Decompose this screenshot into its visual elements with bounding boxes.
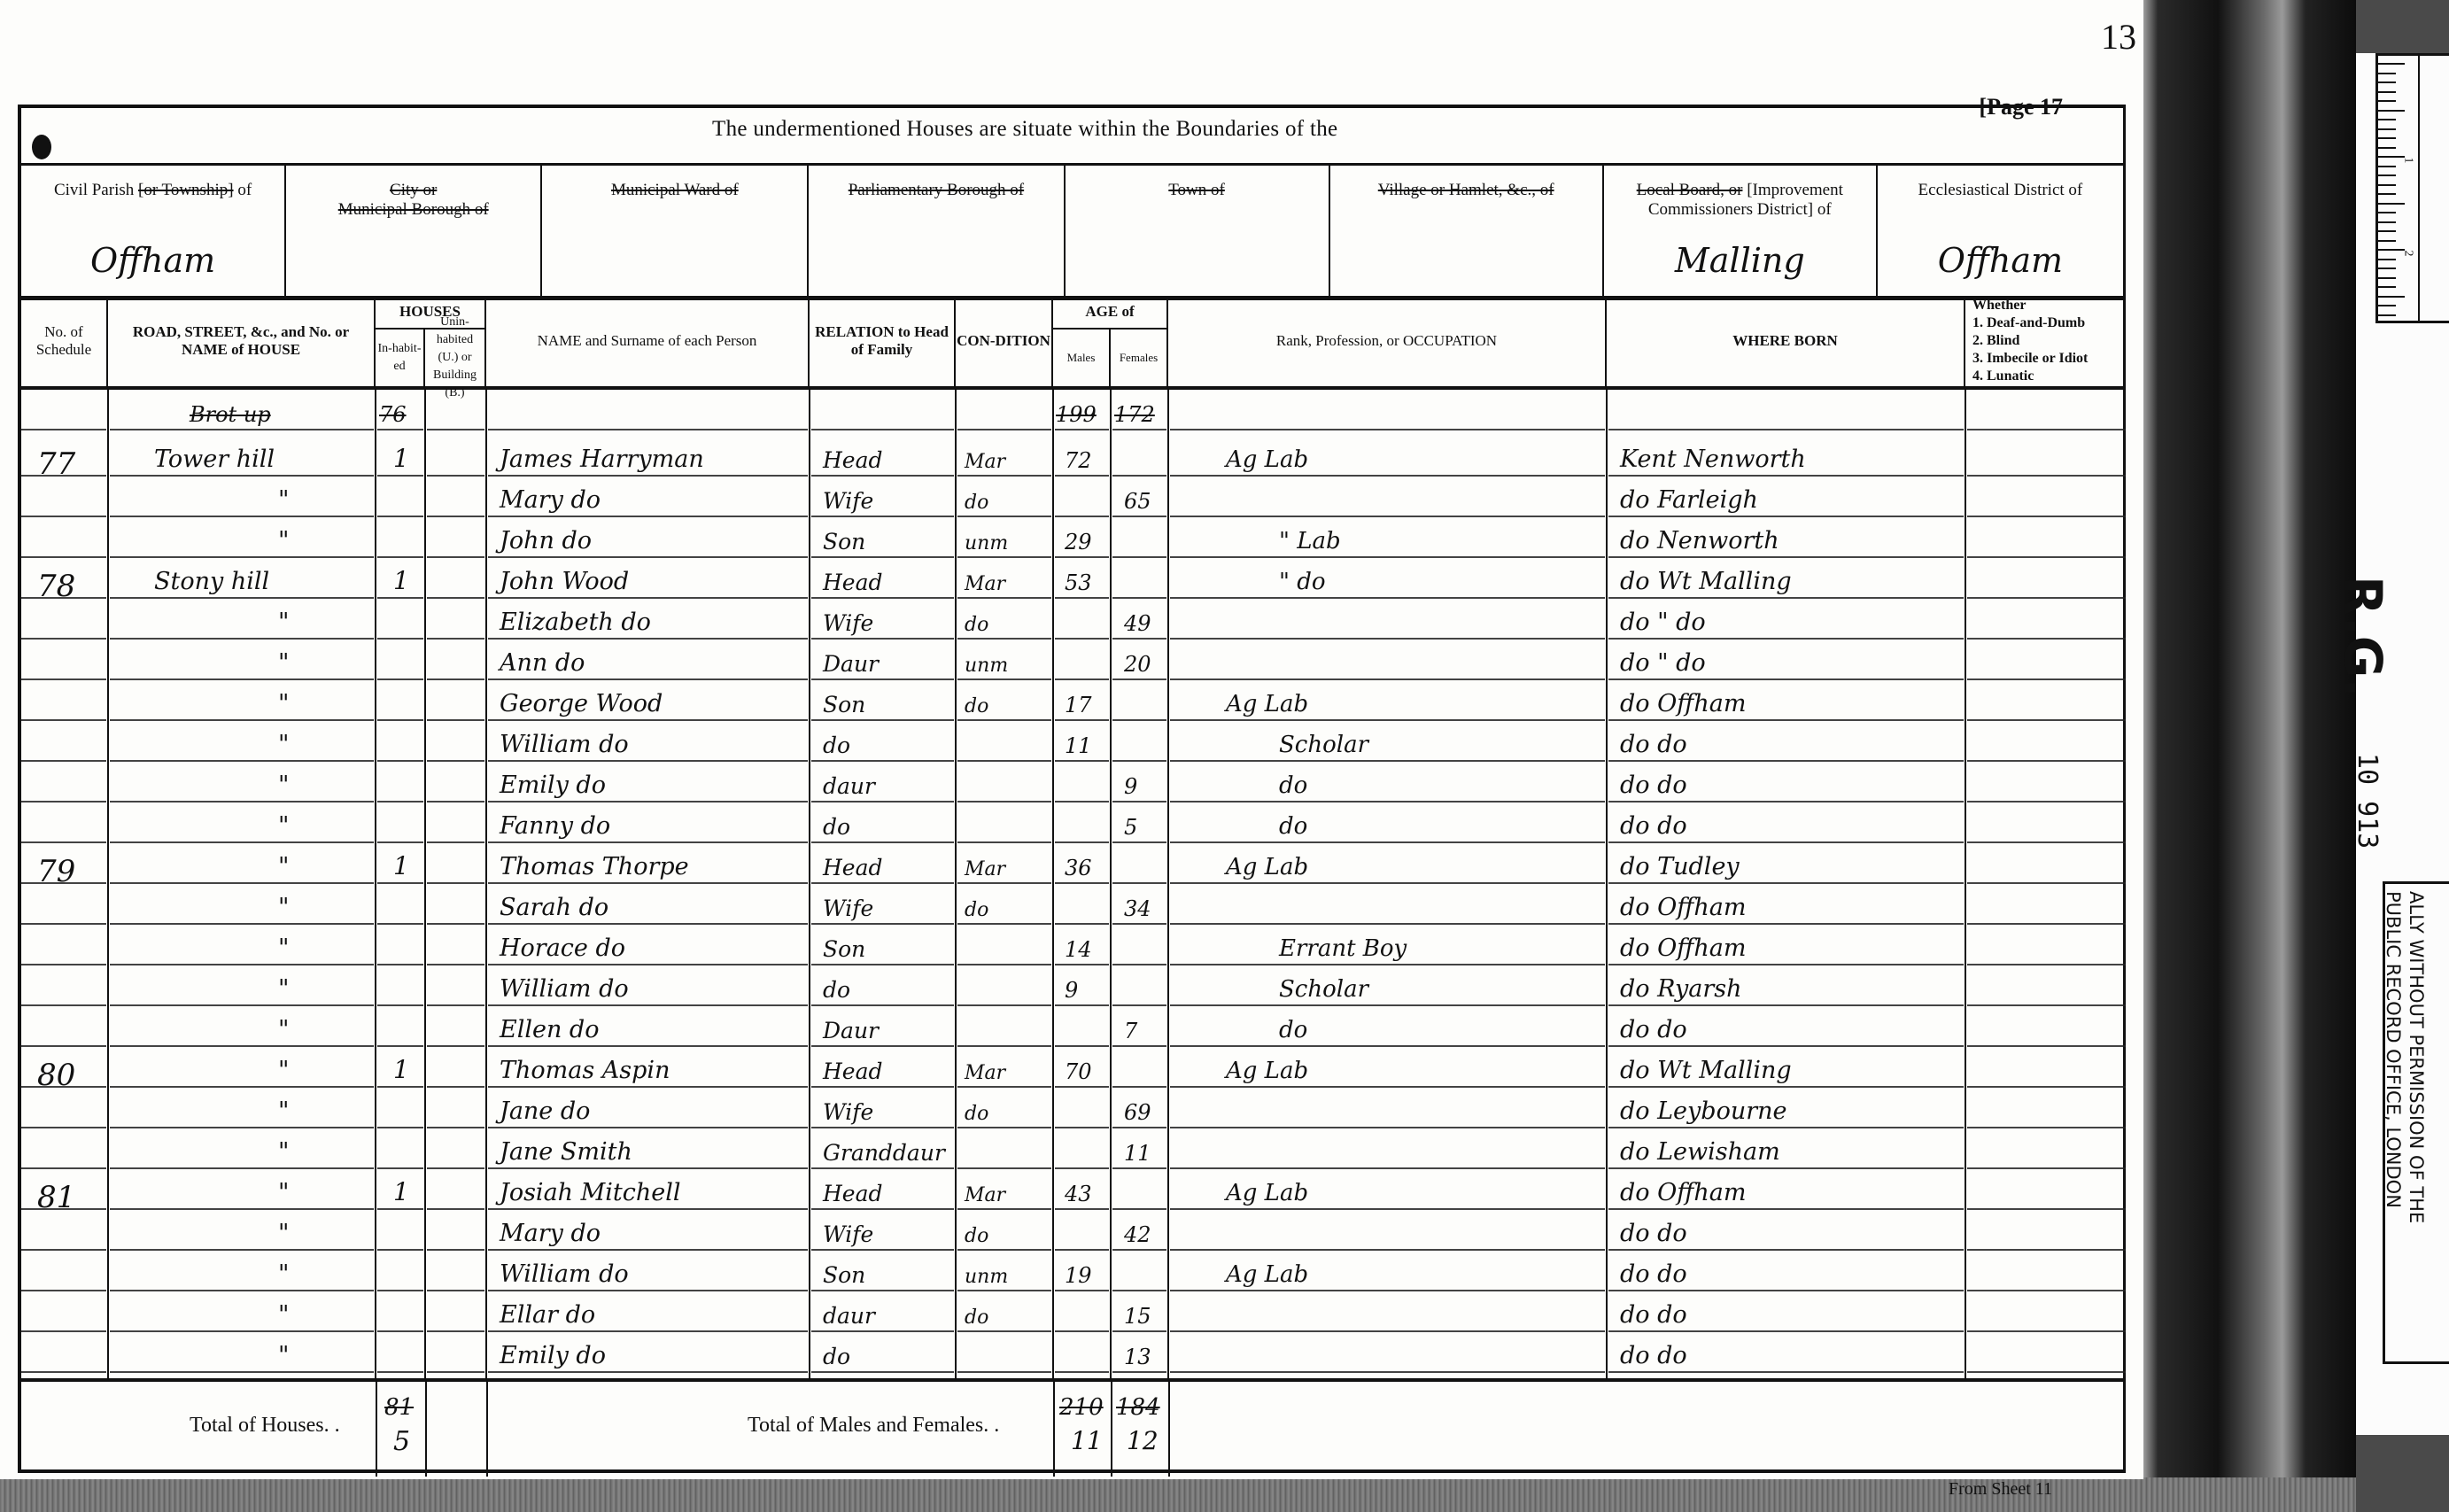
total-houses-value: 5 [393, 1426, 410, 1457]
cell-males: 29 [1065, 530, 1092, 554]
cell-females: 49 [1124, 611, 1151, 636]
district-label: Village or Hamlet, &c., of [1330, 181, 1602, 200]
cell-condition: do [965, 695, 988, 717]
cell-road: " [278, 527, 289, 554]
cell-relation: Daur [823, 651, 879, 677]
household-row: "William dodo9Scholardo Ryarsh [21, 965, 2123, 1006]
cell-born: do do [1620, 812, 1687, 840]
cell-name: Josiah Mitchell [500, 1179, 681, 1206]
cell-relation: Wife [823, 488, 873, 514]
column-header-females: Females [1111, 330, 1168, 386]
cell-occupation: Scholar [1279, 732, 1368, 758]
ruler-tick [2378, 212, 2396, 213]
ruled-line [957, 429, 1051, 430]
column-header-relation: RELATION to Head of Family [810, 296, 956, 386]
scale-ruler: 12 [2375, 53, 2449, 323]
column-header-born: WHERE BORN [1607, 296, 1965, 386]
cell-inhabited: 1 [393, 444, 409, 473]
household-row: "Jane SmithGranddaur11do Lewisham [21, 1128, 2123, 1169]
cell-born: do do [1620, 1301, 1687, 1329]
ruled-line [1055, 429, 1109, 430]
ruled-line [21, 429, 106, 430]
cell-born: do Ryarsh [1620, 975, 1741, 1003]
cell-road: " [278, 853, 289, 880]
cell-relation: Son [823, 1262, 865, 1288]
cell-inhabited: 1 [393, 566, 409, 595]
cell-occupation: Ag Lab [1226, 1058, 1308, 1084]
ruled-line [488, 1371, 808, 1373]
cell-relation: do [823, 814, 850, 840]
cell-inhabited: 1 [393, 1055, 409, 1084]
cell-road: " [278, 486, 289, 514]
household-row: "William doSonunm19Ag Labdo do [21, 1251, 2123, 1291]
copyright-notice: ALLY WITHOUT PERMISSION OF THEPUBLIC REC… [2383, 881, 2449, 1364]
cell-condition: do [965, 492, 988, 514]
cell-born: Kent Nenworth [1620, 446, 1806, 473]
cell-females: 69 [1124, 1100, 1151, 1125]
ruled-line [1170, 429, 1605, 430]
household-row: "Sarah doWifedo34do Offham [21, 884, 2123, 925]
column-group-header: AGE of [1053, 296, 1168, 330]
cell-occupation: Ag Lab [1226, 1261, 1308, 1288]
brought-up-row: Brot up76199172 [21, 395, 2123, 430]
household-row: "Mary doWifedo42do do [21, 1210, 2123, 1251]
ruled-line [427, 429, 484, 430]
cell-occupation: Ag Lab [1226, 446, 1308, 473]
district-value: Offham [21, 241, 284, 280]
divider [1111, 1382, 1112, 1477]
cell-road: Stony hill [154, 568, 269, 595]
ruler-inner-border [2418, 56, 2420, 321]
cell-road: " [278, 690, 289, 717]
divider [1168, 1382, 1170, 1477]
divider [376, 1382, 377, 1477]
cell-condition: unm [965, 532, 1008, 554]
cell-road: " [278, 1097, 289, 1125]
district-label-part: Local Board, or [1637, 181, 1743, 199]
ruler-mark: 2 [2401, 251, 2415, 257]
household-row: 79"1Thomas ThorpeHeadMar36Ag Labdo Tudle… [21, 843, 2123, 884]
cell-road: " [278, 731, 289, 758]
ruler-mark: 1 [2401, 158, 2415, 164]
divider [486, 1382, 488, 1477]
cell-relation: daur [823, 1303, 875, 1329]
ruled-line [1170, 1371, 1605, 1373]
cell-relation: Son [823, 936, 865, 962]
district-label-part: Town of [1168, 181, 1225, 199]
cell-name: Ellen do [500, 1016, 599, 1043]
district-label-part: Village or Hamlet, &c., of [1378, 181, 1554, 199]
column-header-schedule: No. of Schedule [21, 296, 108, 386]
cell-name: Thomas Thorpe [500, 853, 689, 880]
district-label: Municipal Ward of [542, 181, 807, 200]
ruler-tick [2378, 63, 2405, 65]
column-header-name: NAME and Surname of each Person [486, 296, 810, 386]
ruler-tick [2378, 221, 2396, 223]
ruled-line [488, 429, 808, 430]
ruler-tick [2378, 230, 2396, 232]
district-cell: City or Municipal Borough of [286, 163, 542, 296]
from-sheet-note: From Sheet 11 [1949, 1479, 2052, 1500]
cell-males: 14 [1065, 937, 1092, 962]
cell-occupation: Ag Lab [1226, 854, 1308, 880]
cell-name: Jane Smith [500, 1138, 632, 1166]
cell-name: Fanny do [500, 812, 610, 840]
cell-road: " [278, 934, 289, 962]
cell-relation: Wife [823, 896, 873, 921]
cell-born: do do [1620, 1220, 1687, 1247]
district-label: Parliamentary Borough of [809, 181, 1063, 200]
cell-occupation: Errant Boy [1279, 935, 1407, 962]
folio-number: 13 [2101, 16, 2136, 58]
cell-relation: Son [823, 692, 865, 717]
cell-males: 53 [1065, 570, 1092, 595]
cell-born: do do [1620, 1016, 1687, 1043]
rg-code: R.G. [2333, 576, 2393, 697]
household-row: 78Stony hill1John WoodHeadMar53" dodo Wt… [21, 558, 2123, 599]
brought-up-value: 76 [379, 402, 407, 427]
cell-relation: Head [823, 1181, 883, 1206]
ruler-tick [2378, 91, 2396, 93]
cell-born: do Lewisham [1620, 1138, 1780, 1166]
cell-name: Emily do [500, 772, 606, 799]
household-row: 80"1Thomas AspinHeadMar70Ag Labdo Wt Mal… [21, 1047, 2123, 1088]
district-label-part: City or [390, 181, 437, 199]
household-row: "Fanny dodo5dodo do [21, 803, 2123, 843]
district-label: Town of [1066, 181, 1329, 200]
cell-name: Sarah do [500, 894, 608, 921]
cell-name: Mary do [500, 1220, 601, 1247]
cell-born: do Wt Malling [1620, 1057, 1792, 1084]
cell-born: do Offham [1620, 894, 1746, 921]
cell-relation: Wife [823, 1099, 873, 1125]
copyright-notice-text: ALLY WITHOUT PERMISSION OF THEPUBLIC REC… [2382, 891, 2428, 1223]
cell-relation: Wife [823, 610, 873, 636]
ruler-tick [2378, 296, 2405, 298]
cell-females: 5 [1124, 815, 1137, 840]
cell-road: " [278, 1301, 289, 1329]
district-label-part: of [234, 181, 252, 199]
cell-road: " [278, 1220, 289, 1247]
ruler-tick [2378, 166, 2396, 167]
cell-occupation: do [1279, 813, 1307, 840]
ruled-line [377, 1371, 423, 1373]
totals-row: Total of Houses. . 81 5 Total of Males a… [21, 1378, 2123, 1477]
ruled-line [1608, 1371, 1964, 1373]
cell-born: do do [1620, 772, 1687, 799]
cell-born: do Offham [1620, 934, 1746, 962]
cell-born: do Farleigh [1620, 486, 1758, 514]
ruled-line [110, 429, 374, 430]
cell-born: do do [1620, 1342, 1687, 1369]
cell-relation: Wife [823, 1221, 873, 1247]
total-houses-label: Total of Houses. . [190, 1414, 340, 1438]
household-row: "Jane doWifedo69do Leybourne [21, 1088, 2123, 1128]
district-label-part: Civil Parish [54, 181, 138, 199]
cell-relation: do [823, 733, 850, 758]
column-header-occupation: Rank, Profession, or OCCUPATION [1168, 296, 1607, 386]
district-label-part: [or Township] [138, 181, 234, 199]
ruler-tick [2378, 81, 2396, 83]
district-label: City or Municipal Borough of [286, 181, 540, 220]
district-cell: Village or Hamlet, &c., of [1330, 163, 1604, 296]
cell-inhabited: 1 [393, 1177, 409, 1206]
cell-females: 7 [1124, 1019, 1137, 1043]
cell-condition: unm [965, 655, 1008, 677]
cell-relation: Head [823, 1058, 883, 1084]
ruler-tick [2378, 286, 2396, 288]
cell-condition: do [965, 1225, 988, 1247]
household-row: "Horace doSon14Errant Boydo Offham [21, 925, 2123, 965]
rg-reference: 10 913 [2352, 753, 2383, 849]
cell-occupation: Ag Lab [1226, 1180, 1308, 1206]
household-row: "Emily dodo13do do [21, 1332, 2123, 1373]
cell-road: " [278, 1016, 289, 1043]
rg-reference-strip: 12 R.G. 10 913 ALLY WITHOUT PERMISSION O… [2356, 53, 2449, 1435]
ruled-line [811, 429, 954, 430]
ruled-line [1055, 1371, 1109, 1373]
ruled-line [1608, 429, 1964, 430]
cell-born: do Wt Malling [1620, 568, 1792, 595]
column-header-inhabited: In-habit-ed [376, 330, 425, 386]
cell-name: Mary do [500, 486, 601, 514]
cell-males: 11 [1065, 733, 1092, 758]
cell-name: Ann do [500, 649, 585, 677]
ruled-line [1112, 1371, 1166, 1373]
district-cell: Town of [1066, 163, 1330, 296]
household-row: 77Tower hill1James HarrymanHeadMar72Ag L… [21, 436, 2123, 477]
district-cell: Civil Parish [or Township] ofOffham [21, 163, 286, 296]
cell-relation: Head [823, 855, 883, 880]
household-row: "Elizabeth doWifedo49do " do [21, 599, 2123, 640]
cell-name: William do [500, 975, 629, 1003]
brought-up-value: 199 [1056, 402, 1097, 427]
cell-occupation: do [1279, 772, 1307, 799]
household-row: "Ann doDaurunm20do " do [21, 640, 2123, 680]
ruler-tick [2378, 240, 2396, 242]
cell-condition: Mar [965, 451, 1005, 473]
cell-occupation: " do [1279, 569, 1326, 595]
district-label-part: Municipal Ward of [611, 181, 739, 199]
ruler-tick [2378, 147, 2396, 149]
cell-name: William do [500, 1260, 629, 1288]
cell-born: do Offham [1620, 690, 1746, 717]
household-row: 81"1Josiah MitchellHeadMar43Ag Labdo Off… [21, 1169, 2123, 1210]
district-label: Ecclesiastical District of [1878, 181, 2123, 200]
cell-road: " [278, 975, 289, 1003]
district-cell: Parliamentary Borough of [809, 163, 1065, 296]
cell-condition: do [965, 1307, 988, 1329]
ruled-line [427, 1371, 484, 1373]
household-table: Brot up7619917277Tower hill1James Harrym… [21, 386, 2123, 1378]
ruled-line [1112, 429, 1166, 430]
cell-condition: do [965, 614, 988, 636]
cell-males: 19 [1065, 1263, 1092, 1288]
district-value: Offham [1878, 241, 2123, 280]
cell-males: 17 [1065, 693, 1092, 717]
page-label: [Page 17 [1979, 94, 2063, 120]
cell-born: do " do [1620, 649, 1706, 677]
cell-road: " [278, 1260, 289, 1288]
cell-occupation: " Lab [1279, 528, 1341, 554]
ruler-tick [2378, 100, 2396, 102]
cell-females: 11 [1124, 1141, 1151, 1166]
household-row: "Ellen doDaur7dodo do [21, 1006, 2123, 1047]
district-header: Civil Parish [or Township] ofOffhamCity … [21, 163, 2123, 300]
column-headers: No. of ScheduleROAD, STREET, &c., and No… [21, 296, 2123, 390]
ruler-tick [2378, 174, 2396, 176]
cell-relation: Daur [823, 1018, 879, 1043]
household-row: "Emily dodaur9dodo do [21, 762, 2123, 803]
cell-females: 34 [1124, 896, 1151, 921]
divider [1053, 1382, 1055, 1477]
cell-born: do Tudley [1620, 853, 1740, 880]
cell-born: do Nenworth [1620, 527, 1779, 554]
cell-males: 36 [1065, 856, 1092, 880]
district-label-part: Ecclesiastical District of [1918, 181, 2083, 199]
district-label-part: Municipal Borough of [338, 200, 489, 219]
district-label: Civil Parish [or Township] of [21, 181, 284, 200]
column-group-header: HOUSES [376, 296, 486, 330]
ruled-line [957, 1371, 1051, 1373]
ruler-tick [2378, 137, 2396, 139]
cell-road: " [278, 1179, 289, 1206]
cell-females: 42 [1124, 1222, 1151, 1247]
column-header-uninhabited: Unin-habited (U.) or Building (B.) [425, 330, 486, 386]
cell-condition: Mar [965, 1184, 1005, 1206]
cell-road: " [278, 649, 289, 677]
cell-males: 72 [1065, 448, 1092, 473]
cell-condition: Mar [965, 1062, 1005, 1084]
district-label-part: Parliamentary Borough of [849, 181, 1024, 199]
cell-occupation: Scholar [1279, 976, 1368, 1003]
cell-road: " [278, 1342, 289, 1369]
column-header-road: ROAD, STREET, &c., and No. or NAME of HO… [108, 296, 376, 386]
cell-name: Ellar do [500, 1301, 595, 1329]
household-row: "Ellar dodaurdo15do do [21, 1291, 2123, 1332]
cell-road: " [278, 894, 289, 921]
cell-name: Horace do [500, 934, 625, 962]
cell-relation: daur [823, 773, 875, 799]
column-header-males: Males [1053, 330, 1111, 386]
cell-born: do Offham [1620, 1179, 1746, 1206]
cell-road: " [278, 1057, 289, 1084]
form-title: The undermentioned Houses are situate wi… [712, 117, 1337, 142]
cell-inhabited: 1 [393, 851, 409, 880]
cell-relation: Head [823, 447, 883, 473]
household-row: "William dodo11Scholardo do [21, 721, 2123, 762]
ruler-tick [2378, 110, 2405, 112]
cell-condition: do [965, 899, 988, 921]
brought-up-value: Brot up [190, 402, 271, 427]
cell-relation: Head [823, 570, 883, 595]
household-row: "Mary doWifedo65do Farleigh [21, 477, 2123, 517]
total-females-value: 12 [1127, 1426, 1159, 1455]
total-females-struck: 184 [1116, 1394, 1160, 1421]
ruler-tick [2378, 305, 2396, 306]
census-form: The undermentioned Houses are situate wi… [18, 105, 2126, 1473]
district-cell: Local Board, or [Improvement Commissione… [1604, 163, 1878, 296]
cell-road: " [278, 609, 289, 636]
ruled-line [21, 1371, 106, 1373]
district-label: Local Board, or [Improvement Commissione… [1604, 181, 1876, 220]
divider [425, 1382, 427, 1477]
ruler-tick [2378, 193, 2396, 195]
total-males-value: 11 [1071, 1426, 1103, 1455]
column-header-condition: CON-DITION [956, 296, 1053, 386]
notice-line-2: PUBLIC RECORD OFFICE, LONDON [2383, 891, 2404, 1208]
brought-up-value: 172 [1114, 402, 1155, 427]
cell-name: Emily do [500, 1342, 606, 1369]
cell-name: William do [500, 731, 629, 758]
cell-condition: Mar [965, 573, 1005, 595]
cell-occupation: Ag Lab [1226, 691, 1308, 717]
ruler-tick [2378, 259, 2396, 260]
cell-females: 13 [1124, 1345, 1151, 1369]
district-cell: Ecclesiastical District ofOffham [1878, 163, 2123, 296]
cell-condition: unm [965, 1266, 1008, 1288]
cell-road: " [278, 1138, 289, 1166]
ruler-tick [2378, 314, 2396, 316]
cell-females: 20 [1124, 652, 1151, 677]
cell-name: Thomas Aspin [500, 1057, 670, 1084]
cell-name: John do [500, 527, 592, 554]
cell-name: James Harryman [500, 446, 704, 473]
household-row: "George WoodSondo17Ag Labdo Offham [21, 680, 2123, 721]
cell-relation: do [823, 1344, 850, 1369]
cell-name: Jane do [500, 1097, 590, 1125]
notice-line-1: ALLY WITHOUT PERMISSION OF THE [2406, 891, 2427, 1223]
total-persons-label: Total of Males and Females. . [748, 1414, 999, 1438]
cell-road: " [278, 772, 289, 799]
cell-born: do do [1620, 731, 1687, 758]
cell-born: do Leybourne [1620, 1097, 1787, 1125]
ruled-line [377, 429, 423, 430]
cell-relation: Granddaur [823, 1140, 945, 1166]
cell-road: Tower hill [154, 446, 275, 473]
cell-relation: do [823, 977, 850, 1003]
cell-condition: do [965, 1103, 988, 1125]
cell-condition: Mar [965, 858, 1005, 880]
census-page: 13 The undermentioned Houses are situate… [0, 0, 2143, 1479]
column-header-infirmity: Whether 1. Deaf-and-Dumb 2. Blind 3. Imb… [1965, 296, 2126, 386]
cell-females: 15 [1124, 1304, 1151, 1329]
ruler-tick [2378, 268, 2396, 269]
district-value: Malling [1604, 241, 1876, 280]
total-houses-struck: 81 [384, 1394, 414, 1421]
cell-males: 9 [1065, 978, 1078, 1003]
ruler-tick [2378, 128, 2396, 130]
cell-name: George Wood [500, 690, 663, 717]
ruler-tick [2378, 184, 2396, 186]
ruler-tick [2378, 203, 2405, 205]
household-row: "John doSonunm29" Labdo Nenworth [21, 517, 2123, 558]
cell-females: 9 [1124, 774, 1137, 799]
cell-born: do do [1620, 1260, 1687, 1288]
cell-occupation: do [1279, 1017, 1307, 1043]
cell-males: 70 [1065, 1059, 1092, 1084]
total-males-struck: 210 [1059, 1394, 1104, 1421]
cell-name: Elizabeth do [500, 609, 651, 636]
ruled-line [1967, 429, 2126, 430]
cell-females: 65 [1124, 489, 1151, 514]
book-binding-shadow [2126, 0, 2356, 1512]
ruler-tick [2378, 119, 2396, 120]
form-title-bar: The undermentioned Houses are situate wi… [21, 108, 2123, 166]
cell-name: John Wood [500, 568, 629, 595]
ruled-line [1967, 1371, 2126, 1373]
ruled-line [110, 1371, 374, 1373]
